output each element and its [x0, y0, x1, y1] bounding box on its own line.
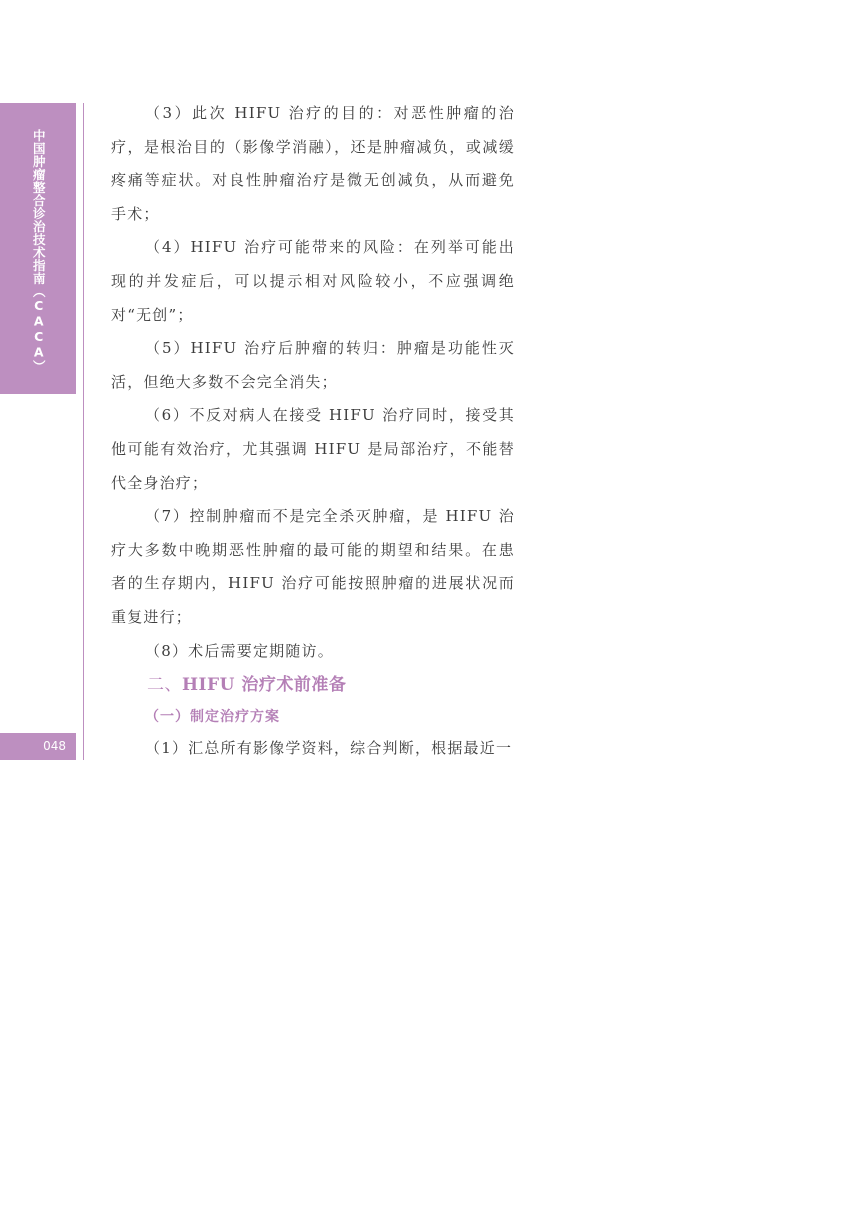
page-number-box: 048: [0, 733, 76, 760]
section-number: 二、: [147, 675, 182, 695]
body-paragraph-4: （4）HIFU 治疗可能带来的风险：在列举可能出现的并发症后，可以提示相对风险较…: [111, 231, 515, 332]
body-paragraph-5: （5）HIFU 治疗后肿瘤的转归：肿瘤是功能性灭活，但绝大多数不会完全消失；: [111, 332, 515, 399]
body-paragraph-3: （3）此次 HIFU 治疗的目的：对恶性肿瘤的治疗，是根治目的（影像学消融），还…: [111, 97, 515, 231]
section-title: HIFU 治疗术前准备: [182, 675, 346, 695]
section-heading: 二、HIFU 治疗术前准备: [111, 668, 515, 702]
body-paragraph-1: （1）汇总所有影像学资料，综合判断，根据最近一: [111, 732, 515, 766]
chapter-side-tab: 中国肿瘤整合诊治技术指南（CACA）: [0, 103, 76, 394]
margin-rule: [83, 103, 84, 760]
subsection-heading: （一）制定治疗方案: [111, 702, 515, 732]
page-body: （3）此次 HIFU 治疗的目的：对恶性肿瘤的治疗，是根治目的（影像学消融），还…: [111, 97, 515, 766]
body-paragraph-6: （6）不反对病人在接受 HIFU 治疗同时，接受其他可能有效治疗，尤其强调 HI…: [111, 399, 515, 500]
page-number: 048: [43, 739, 66, 753]
body-paragraph-7: （7）控制肿瘤而不是完全杀灭肿瘤，是 HIFU 治疗大多数中晚期恶性肿瘤的最可能…: [111, 500, 515, 634]
body-paragraph-8: （8）术后需要定期随访。: [111, 635, 515, 669]
book-title-vertical: 中国肿瘤整合诊治技术指南（CACA）: [32, 129, 45, 394]
